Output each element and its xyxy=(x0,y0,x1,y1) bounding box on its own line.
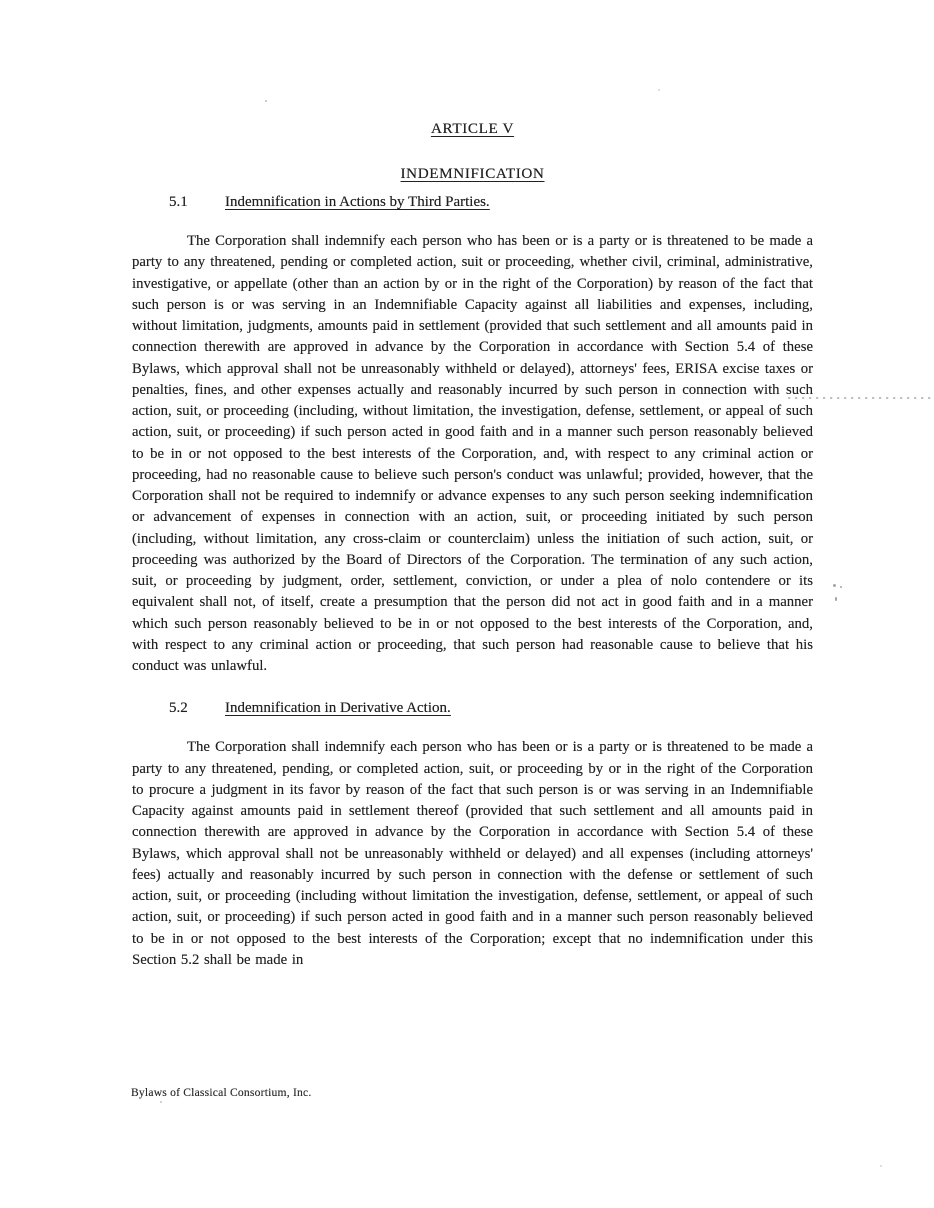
section-5-2-heading: 5.2 Indemnification in Derivative Action… xyxy=(132,700,813,717)
section-5-1-paragraph: The Corporation shall indemnify each per… xyxy=(132,231,813,677)
scan-artifact-speck xyxy=(160,1101,162,1103)
section-title: Indemnification in Derivative Action. xyxy=(225,700,451,717)
scan-artifact-speck xyxy=(833,584,836,587)
chapter-heading: INDEMNIFICATION xyxy=(132,165,813,183)
chapter-heading-text: INDEMNIFICATION xyxy=(401,165,545,182)
section-title: Indemnification in Actions by Third Part… xyxy=(225,194,490,211)
scanned-document-page: ARTICLE V INDEMNIFICATION 5.1 Indemnific… xyxy=(0,0,934,1208)
scan-artifact-speck xyxy=(265,100,267,102)
section-5-1-heading: 5.1 Indemnification in Actions by Third … xyxy=(132,194,813,211)
scan-artifact-dotted-line xyxy=(788,397,934,399)
article-heading: ARTICLE V xyxy=(132,120,813,138)
document-body: ARTICLE V INDEMNIFICATION 5.1 Indemnific… xyxy=(132,120,813,971)
scan-artifact-speck xyxy=(880,1165,882,1167)
section-number: 5.1 xyxy=(169,194,225,211)
section-number: 5.2 xyxy=(169,700,225,717)
page-footer: Bylaws of Classical Consortium, Inc. xyxy=(131,1086,311,1099)
scan-artifact-speck xyxy=(658,89,660,91)
scan-artifact-speck xyxy=(840,586,842,588)
scan-artifact-speck xyxy=(835,597,837,601)
article-heading-text: ARTICLE V xyxy=(431,120,514,137)
section-5-2-paragraph: The Corporation shall indemnify each per… xyxy=(132,737,813,971)
